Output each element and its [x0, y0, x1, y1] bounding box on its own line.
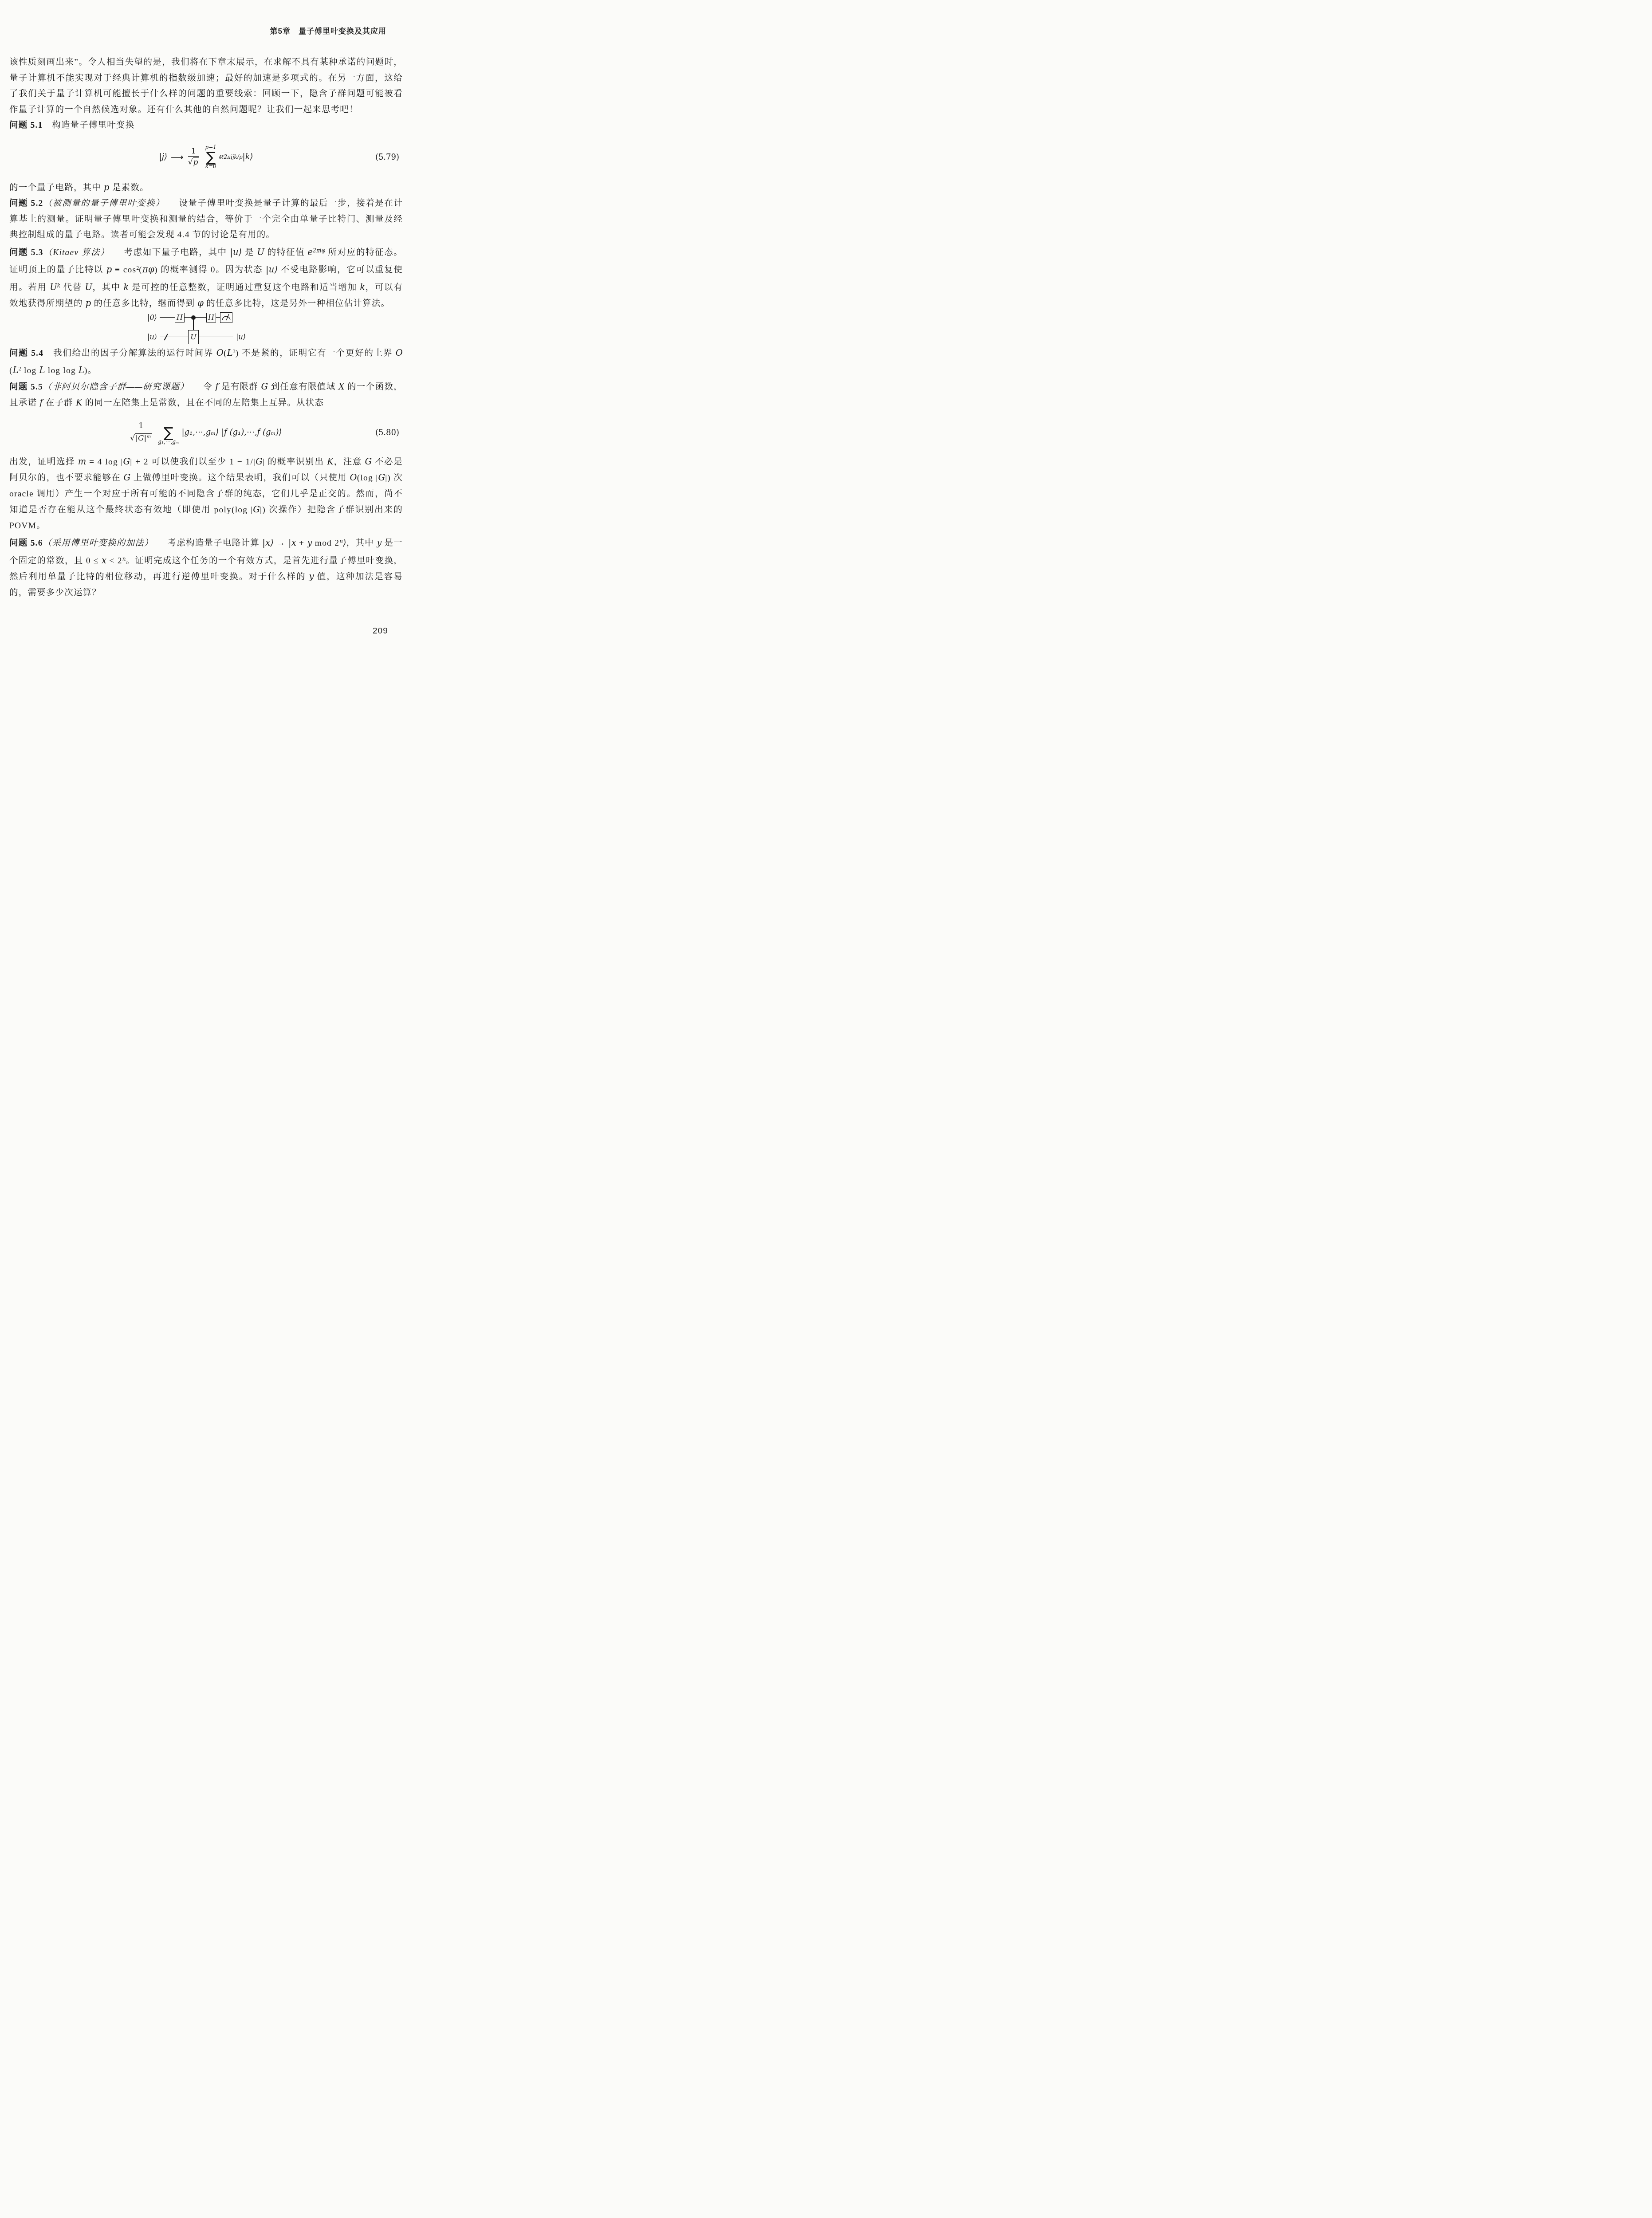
problem-label: 问题 5.5 — [9, 382, 43, 392]
equation-body: 1√|G|m ∑g₁,⋯,gₘ|g₁,⋯,gₘ⟩ |f (g₁),⋯,f (gₘ… — [130, 420, 282, 445]
text-run: 考虑构造量子电路计算 — [149, 539, 262, 548]
exp-base: e — [219, 152, 224, 161]
equation-5-79: |j⟩⟶1√pp−1∑k=0e2πijk/p|k⟩(5.79) — [9, 141, 403, 173]
math-inline: U — [257, 247, 265, 257]
state-kets: |g₁,⋯,gₘ⟩ |f (g₁),⋯,f (gₘ)⟩ — [181, 428, 282, 437]
text-run: 构造量子傅里叶变换 — [43, 121, 134, 130]
sum-lower-limit: g₁,⋯,gₘ — [158, 439, 179, 445]
equation-5-80: 1√|G|m ∑g₁,⋯,gₘ|g₁,⋯,gₘ⟩ |f (g₁),⋯,f (gₘ… — [9, 414, 403, 451]
text-run: | + 2 可以使我们以至少 1 − 1/| — [130, 457, 256, 467]
math-inline: 2πiφ — [313, 248, 325, 254]
problem-label: 问题 5.2 — [9, 199, 43, 208]
fraction: 1√p — [188, 147, 199, 167]
sigma-sign: ∑ — [206, 150, 216, 164]
circuit-wire — [216, 317, 220, 318]
problem-label: 问题 5.6 — [9, 539, 43, 548]
sum-lower-limit: k=0 — [205, 164, 216, 169]
math-inline: y — [309, 571, 314, 582]
sqrt-radicand: |G|m — [135, 433, 152, 443]
fraction-denominator: √p — [188, 157, 199, 167]
fraction-bar — [188, 156, 199, 157]
problem-subtitle: （被测量的量子傅里叶变换） — [43, 199, 160, 208]
text-run: ，注意 — [334, 457, 365, 467]
page-body: 该性质刻画出来”。令人相当失望的是，我们将在下章末展示，在求解不具有某种承诺的问… — [9, 55, 403, 601]
exp-exponent: 2πijk/p — [224, 154, 243, 160]
problem-subtitle: （Kitaev 算法） — [43, 248, 106, 257]
math-inline: πφ — [142, 264, 154, 275]
equation-number: (5.80) — [375, 428, 399, 437]
text-run: 是素数。 — [110, 183, 149, 193]
math-inline: L — [39, 365, 45, 375]
radicand-group: |G| — [135, 434, 146, 443]
math-inline: G — [123, 456, 130, 467]
text-run: 的任意多比特，继而得到 — [91, 299, 197, 308]
math-inline: k — [360, 282, 365, 292]
summation: p−1∑k=0 — [205, 145, 216, 169]
text-run: ，其中 — [346, 539, 377, 548]
text-run: 是有限群 — [219, 382, 261, 392]
text-run: (log | — [357, 473, 378, 483]
meter-glyph — [221, 313, 232, 322]
paragraph: 该性质刻画出来”。令人相当失望的是，我们将在下章末展示，在求解不具有某种承诺的问… — [9, 55, 403, 118]
sqrt-sign: √ — [130, 434, 135, 443]
text-run: < 2 — [106, 556, 122, 566]
fraction-bar — [130, 431, 152, 431]
hadamard-gate-1: H — [175, 313, 185, 322]
book-page: 第5章 量子傅里叶变换及其应用 该性质刻画出来”。令人相当失望的是，我们将在下章… — [0, 0, 413, 661]
math-inline: k — [57, 283, 60, 289]
radicand-power: m — [146, 434, 151, 440]
equation-number: (5.79) — [375, 152, 399, 161]
math-inline: G — [253, 504, 260, 515]
measurement-meter-icon — [220, 312, 232, 323]
fraction: 1√|G|m — [130, 421, 152, 443]
problem-subtitle: （采用傅里叶变换的加法） — [43, 539, 149, 548]
math-inline: k — [124, 282, 129, 292]
text-run: 到任意有限值域 — [268, 382, 338, 392]
text-run: )。 — [84, 366, 97, 375]
paragraph: 问题 5.3（Kitaev 算法） 考虑如下量子电路，其中 |u⟩ 是 U 的特… — [9, 243, 403, 312]
math-inline: |u⟩ — [230, 247, 242, 257]
math-inline: e — [308, 247, 313, 257]
circuit-wire — [160, 317, 175, 318]
math-inline: G — [124, 472, 131, 483]
math-inline: K — [76, 397, 83, 408]
text-run: 令 — [185, 382, 215, 392]
problem-subtitle: （非阿贝尔隐含子群——研究课题） — [43, 382, 185, 392]
text-run: 代替 — [60, 283, 85, 292]
math-inline: G — [256, 456, 263, 467]
math-inline: |u⟩ — [266, 264, 278, 275]
text-run: + — [296, 539, 307, 548]
math-inline: y — [377, 538, 382, 548]
math-inline: K — [327, 456, 334, 467]
control-line — [193, 318, 194, 330]
text-run: 在子群 — [43, 398, 76, 408]
math-inline: x — [102, 555, 106, 566]
math-inline: n — [339, 538, 343, 544]
paragraph: 问题 5.1 构造量子傅里叶变换 — [9, 118, 403, 134]
math-inline: m — [78, 456, 87, 467]
quantum-circuit-diagram: |0⟩HH|u⟩U|u⟩ — [146, 312, 253, 344]
circuit-wire — [199, 337, 233, 338]
math-inline: |x — [288, 538, 296, 548]
text-run: ) 的概率测得 0。因为状态 — [154, 265, 266, 275]
text-run: 的特征值 — [264, 248, 307, 257]
sqrt-radicand: p — [193, 157, 199, 167]
math-inline: L — [13, 365, 19, 375]
text-run: 的同一左陪集上是常数，且在不同的左陪集上互异。从状态 — [83, 398, 324, 408]
circuit-wire — [160, 337, 188, 338]
paragraph: 的一个量子电路，其中 p 是素数。 — [9, 180, 403, 196]
math-inline: φ — [197, 298, 204, 308]
paragraph: 问题 5.5（非阿贝尔隐含子群——研究课题） 令 f 是有限群 G 到任意有限值… — [9, 379, 403, 411]
fraction-denominator: √|G|m — [130, 432, 152, 443]
equation-body: |j⟩⟶1√pp−1∑k=0e2πijk/p|k⟩ — [159, 145, 253, 169]
text-run: ( — [224, 349, 227, 358]
fraction-numerator: 1 — [138, 421, 143, 430]
text-run: log log — [45, 366, 79, 375]
text-run: log — [21, 366, 39, 375]
math-inline: ⟩ — [343, 538, 346, 548]
math-inline: |x⟩ — [262, 538, 274, 548]
ket-u-output: |u⟩ — [236, 333, 246, 342]
math-inline: G — [378, 472, 385, 483]
text-run: 的一个量子电路，其中 — [9, 183, 104, 193]
paragraph: 问题 5.4 我们给出的因子分解算法的运行时间界 O(L3) 不是紧的，证明它有… — [9, 344, 403, 379]
text-run: ( — [139, 265, 142, 275]
text-run: ) 不是紧的，证明它有一个更好的上界 — [236, 349, 396, 358]
maps-to-arrow: ⟶ — [171, 152, 184, 162]
text-run: ( — [9, 366, 13, 375]
paragraph: 问题 5.2（被测量的量子傅里叶变换） 设量子傅里叶变换是量子计算的最后一步，接… — [9, 196, 403, 243]
text-run: ≡ cos — [112, 265, 136, 275]
math-inline: L — [79, 365, 84, 375]
text-run: mod 2 — [312, 539, 339, 548]
text-run: 是 — [242, 248, 257, 257]
text-run: 我们给出的因子分解算法的运行时间界 — [43, 349, 216, 358]
math-inline: p — [104, 182, 110, 193]
ket-u-input: |u⟩ — [147, 333, 157, 342]
ket-zero-input: |0⟩ — [147, 313, 157, 322]
math-inline: G — [261, 381, 268, 392]
page-number: 209 — [373, 626, 388, 636]
controlled-u-gate: U — [188, 330, 199, 344]
text-run: 该性质刻画出来”。令人相当失望的是，我们将在下章末展示，在求解不具有某种承诺的问… — [9, 58, 403, 114]
math-inline: L — [227, 348, 233, 358]
paragraph: 问题 5.6（采用傅里叶变换的加法） 考虑构造量子电路计算 |x⟩ → |x +… — [9, 534, 403, 601]
text-run: ，其中 — [92, 283, 123, 292]
math-inline: p — [86, 298, 91, 308]
math-inline: O — [216, 348, 224, 358]
math-inline: U — [50, 282, 57, 292]
text-run: → — [274, 539, 288, 548]
text-run: = 4 log | — [87, 457, 123, 467]
sigma-sign: ∑ — [164, 426, 173, 439]
hadamard-gate-2: H — [206, 313, 216, 322]
text-run: | 的概率识别出 — [263, 457, 327, 467]
fraction-numerator: 1 — [191, 147, 196, 156]
text-run: 的任意多比特，这是另外一种相位估计算法。 — [204, 299, 390, 308]
math-inline: f — [39, 397, 43, 408]
math-inline: y — [307, 538, 312, 548]
math-inline: O — [350, 472, 357, 483]
text-run: 是可控的任意整数，证明通过重复这个电路和适当增加 — [129, 283, 360, 292]
problem-label: 问题 5.3 — [9, 248, 43, 257]
sqrt-sign: √ — [188, 158, 193, 167]
text-run: 上做傅里叶变换。这个结果表明，我们可以（只使用 — [130, 473, 350, 483]
problem-label: 问题 5.1 — [9, 121, 43, 130]
ket-j: |j⟩ — [159, 152, 167, 161]
running-head-chapter-title: 第5章 量子傅里叶变换及其应用 — [270, 25, 386, 36]
text-run: 出发，证明选择 — [9, 457, 78, 467]
ket-k: |k⟩ — [243, 152, 253, 161]
math-inline: G — [365, 456, 372, 467]
problem-label: 问题 5.4 — [9, 349, 43, 358]
math-inline: U — [85, 282, 92, 292]
paragraph: 出发，证明选择 m = 4 log |G| + 2 可以使我们以至少 1 − 1… — [9, 454, 403, 534]
summation: ∑g₁,⋯,gₘ — [158, 420, 179, 445]
math-inline: f — [215, 381, 218, 392]
math-inline: O — [396, 348, 403, 358]
text-run: 考虑如下量子电路，其中 — [105, 248, 230, 257]
math-inline: X — [338, 381, 345, 392]
math-inline: p — [106, 264, 112, 275]
